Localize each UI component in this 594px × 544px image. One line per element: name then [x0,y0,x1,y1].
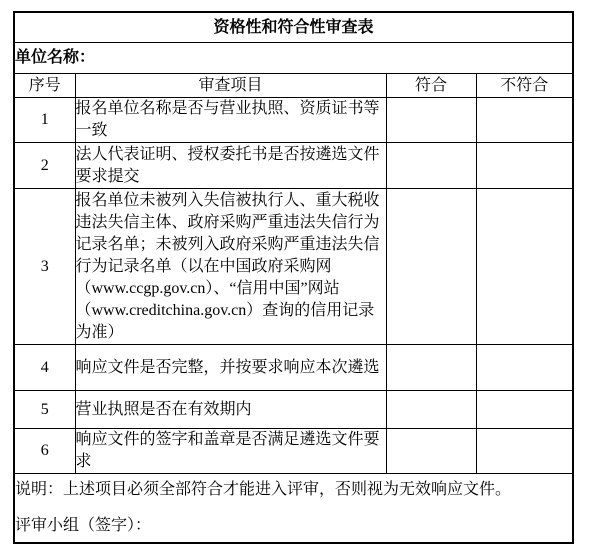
conform-cell [386,189,476,345]
conform-cell [386,391,476,429]
table-row: 1 报名单位名称是否与营业执照、资质证书等一致 [14,98,573,143]
row-number: 5 [14,391,75,429]
table-row: 2 法人代表证明、授权委托书是否按遴选文件要求提交 [14,143,573,189]
row-item: 响应文件是否完整，并按要求响应本次遴选 [75,345,386,391]
table-title: 资格性和符合性审查表 [14,12,573,43]
signature-label: 评审小组（签字）： [15,515,572,537]
nonconform-cell [476,429,573,474]
table-row: 5 营业执照是否在有效期内 [14,391,573,429]
review-table: 资格性和符合性审查表 单位名称： 序号 审查项目 符合 不符合 1 报名单位名称… [13,11,574,544]
nonconform-cell [476,189,573,345]
unit-name-row: 单位名称： [14,43,573,74]
row-item: 营业执照是否在有效期内 [75,391,386,429]
table-row: 4 响应文件是否完整，并按要求响应本次遴选 [14,345,573,391]
conform-cell [386,143,476,189]
row-number: 6 [14,429,75,474]
table-row: 6 响应文件的签字和盖章是否满足遴选文件要求 [14,429,573,474]
nonconform-cell [476,345,573,391]
row-item: 报名单位名称是否与营业执照、资质证书等一致 [75,98,386,143]
row-item: 法人代表证明、授权委托书是否按遴选文件要求提交 [75,143,386,189]
unit-name-label: 单位名称： [14,43,573,74]
row-number: 1 [14,98,75,143]
row-number: 2 [14,143,75,189]
conform-cell [386,98,476,143]
document-page: 资格性和符合性审查表 单位名称： 序号 审查项目 符合 不符合 1 报名单位名称… [0,0,594,539]
column-header-conform: 符合 [386,74,476,98]
column-header-item: 审查项目 [75,74,386,98]
table-row: 3 报名单位未被列入失信被执行人、重大税收违法失信主体、政府采购严重违法失信行为… [14,189,573,345]
column-header-row: 序号 审查项目 符合 不符合 [14,74,573,98]
column-header-nonconform: 不符合 [476,74,573,98]
nonconform-cell [476,143,573,189]
nonconform-cell [476,391,573,429]
nonconform-cell [476,98,573,143]
title-row: 资格性和符合性审查表 [14,12,573,43]
row-number: 4 [14,345,75,391]
footer-cell: 说明：上述项目必须全部符合才能进入评审，否则视为无效响应文件。 评审小组（签字）… [14,474,573,544]
row-item: 报名单位未被列入失信被执行人、重大税收违法失信主体、政府采购严重违法失信行为记录… [75,189,386,345]
footer-row: 说明：上述项目必须全部符合才能进入评审，否则视为无效响应文件。 评审小组（签字）… [14,474,573,544]
column-header-seq: 序号 [14,74,75,98]
row-item: 响应文件的签字和盖章是否满足遴选文件要求 [75,429,386,474]
row-number: 3 [14,189,75,345]
conform-cell [386,345,476,391]
conform-cell [386,429,476,474]
note-text: 说明：上述项目必须全部符合才能进入评审，否则视为无效响应文件。 [15,479,572,501]
